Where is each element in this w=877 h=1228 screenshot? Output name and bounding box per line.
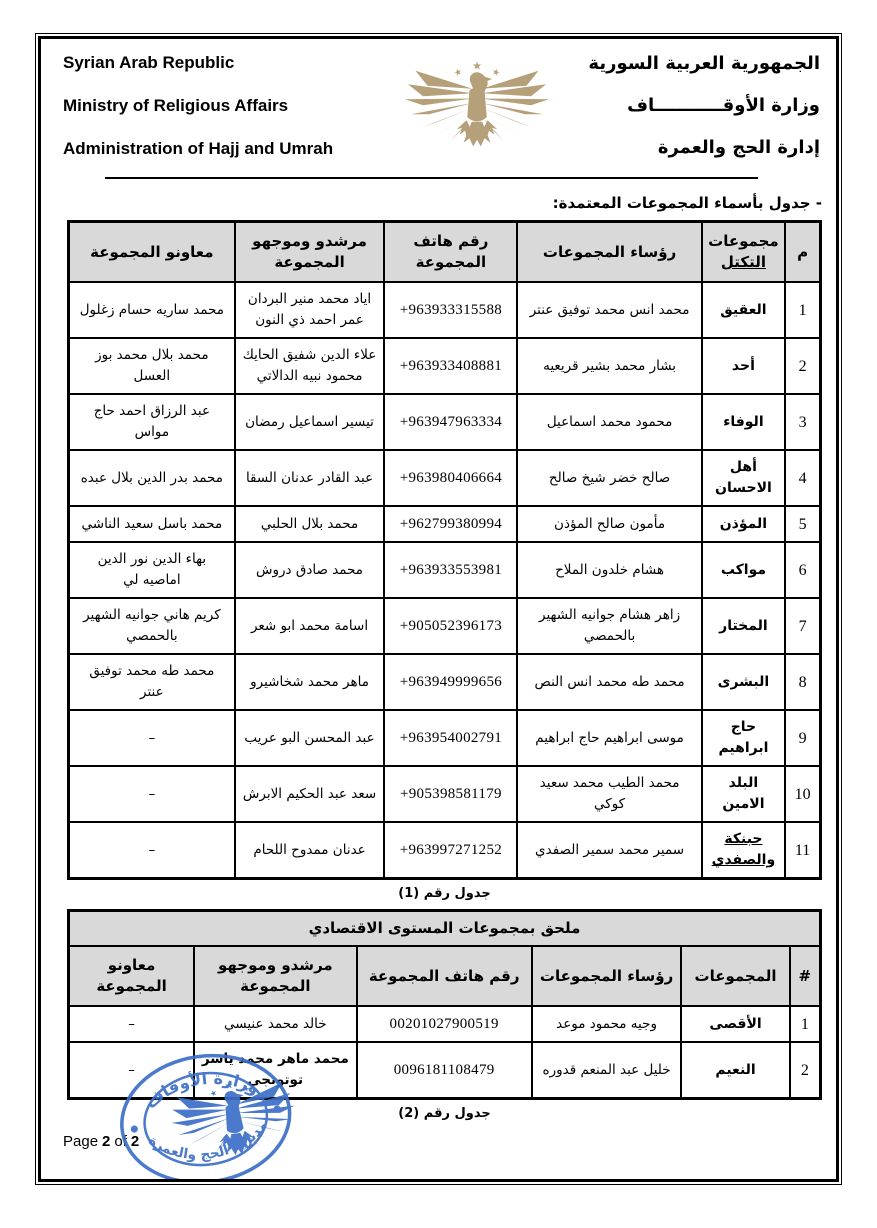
row-number: 7 — [785, 598, 820, 654]
page-border: Syrian Arab Republic Ministry of Religio… — [35, 33, 842, 1185]
letterhead-ar-line2: وزارة الأوقـــــــــــاف — [570, 95, 820, 116]
group-phone: +963933408881 — [384, 338, 517, 394]
group-guides: محمد صادق دروش — [235, 542, 385, 598]
document-page: Syrian Arab Republic Ministry of Religio… — [38, 36, 839, 1182]
group-name: أحد — [702, 338, 785, 394]
group-leader: موسى ابراهيم حاج ابراهيم — [517, 710, 701, 766]
row-number: 11 — [785, 822, 820, 879]
group-row: 11 حبنكة والصفدي سمير محمد سمير الصفدي +… — [69, 822, 821, 879]
group-leader: محمود محمد اسماعيل — [517, 394, 701, 450]
col-header-phone: رقم هاتف المجموعة — [357, 946, 532, 1006]
group-leader: بشار محمد بشير قريعيه — [517, 338, 701, 394]
row-number: 2 — [790, 1042, 821, 1099]
group-name: البلد الامين — [702, 766, 785, 822]
group-name: النعيم — [681, 1042, 789, 1099]
golden-eagle-emblem-icon — [402, 55, 552, 173]
group-leader: محمد طه محمد انس النص — [517, 654, 701, 710]
letterhead-ar-line1: الجمهورية العربية السورية — [570, 53, 820, 74]
row-number: 3 — [785, 394, 820, 450]
group-leader: مأمون صالح المؤذن — [517, 506, 701, 542]
group-assistants: محمد باسل سعيد الناشي — [69, 506, 235, 542]
col-header-guides: مرشدو وموجهو المجموعة — [235, 222, 385, 283]
group-assistants: محمد بدر الدين بلال عبده — [69, 450, 235, 506]
letterhead-arabic: الجمهورية العربية السورية وزارة الأوقـــ… — [570, 53, 820, 179]
ministry-stamp: وزارة الأوقاف مديرية الحج والعمرة — [108, 1039, 304, 1182]
group-row: 6 مواكب هشام خلدون الملاح +963933553981 … — [69, 542, 821, 598]
group-guides: ماهر محمد شخاشيرو — [235, 654, 385, 710]
group-assistants: محمد ساريه حسام زغلول — [69, 282, 235, 338]
group-assistants: محمد بلال محمد بوز العسل — [69, 338, 235, 394]
group-name: حاج ابراهيم — [702, 710, 785, 766]
col-header-group: مجموعات التكتل — [702, 222, 785, 283]
group-row: 5 المؤذن مأمون صالح المؤذن +962799380994… — [69, 506, 821, 542]
row-number: 8 — [785, 654, 820, 710]
group-assistants: – — [69, 1006, 195, 1042]
group-assistants: بهاء الدين نور الدين اماصيه لي — [69, 542, 235, 598]
group-row: 2 أحد بشار محمد بشير قريعيه +96393340888… — [69, 338, 821, 394]
table2-title: ملحق بمجموعات المستوى الاقتصادي — [69, 911, 821, 947]
group-row: 4 أهل الاحسان صالح خضر شيخ صالح +9639804… — [69, 450, 821, 506]
row-number: 1 — [785, 282, 820, 338]
letterhead-en-line1: Syrian Arab Republic — [63, 53, 383, 73]
group-row: 1 الأقصى وجيه محمود موعد 00201027900519 … — [69, 1006, 821, 1042]
row-number: 2 — [785, 338, 820, 394]
group-assistants: – — [69, 710, 235, 766]
col-header-assistants: معاونو المجموعة — [69, 946, 195, 1006]
group-phone: 0096181108479 — [357, 1042, 532, 1099]
table2-header-row: # المجموعات رؤساء المجموعات رقم هاتف الم… — [69, 946, 821, 1006]
intro-line: - جدول بأسماء المجموعات المعتمدة: — [67, 194, 822, 212]
row-number: 9 — [785, 710, 820, 766]
group-name: حبنكة والصفدي — [702, 822, 785, 879]
table1-body: 1 العقيق محمد انس محمد توفيق عنتر +96393… — [69, 282, 821, 879]
group-phone: +963933553981 — [384, 542, 517, 598]
group-name: المؤذن — [702, 506, 785, 542]
letterhead-english: Syrian Arab Republic Ministry of Religio… — [63, 53, 383, 182]
group-guides: تيسير اسماعيل رمضان — [235, 394, 385, 450]
row-number: 10 — [785, 766, 820, 822]
group-leader: صالح خضر شيخ صالح — [517, 450, 701, 506]
group-name: الأقصى — [681, 1006, 789, 1042]
group-leader: محمد الطيب محمد سعيد كوكي — [517, 766, 701, 822]
letterhead: Syrian Arab Republic Ministry of Religio… — [41, 39, 836, 175]
row-number: 5 — [785, 506, 820, 542]
group-phone: +963980406664 — [384, 450, 517, 506]
group-name: الوفاء — [702, 394, 785, 450]
svg-text:مديرية الحج والعمرة: مديرية الحج والعمرة — [144, 1116, 275, 1171]
group-phone: 00201027900519 — [357, 1006, 532, 1042]
group-row: 1 العقيق محمد انس محمد توفيق عنتر +96393… — [69, 282, 821, 338]
stamp-bottom-text: مديرية الحج والعمرة — [144, 1116, 275, 1171]
group-guides: عدنان ممدوح اللحام — [235, 822, 385, 879]
group-name: أهل الاحسان — [702, 450, 785, 506]
group-assistants: عبد الرزاق احمد حاج مواس — [69, 394, 235, 450]
group-row: 9 حاج ابراهيم موسى ابراهيم حاج ابراهيم +… — [69, 710, 821, 766]
group-guides: علاء الدين شفيق الحايك محمود نبيه الدالا… — [235, 338, 385, 394]
letterhead-en-line3: Administration of Hajj and Umrah — [63, 139, 383, 159]
group-leader: خليل عبد المنعم قدوره — [532, 1042, 682, 1099]
group-row: 8 البشرى محمد طه محمد انس النص +96394999… — [69, 654, 821, 710]
col-header-leaders: رؤساء المجموعات — [517, 222, 701, 283]
group-row: 7 المختار زاهر هشام جوانيه الشهير بالحمص… — [69, 598, 821, 654]
group-phone: +905052396173 — [384, 598, 517, 654]
group-assistants: – — [69, 766, 235, 822]
group-phone: +962799380994 — [384, 506, 517, 542]
group-phone: +963997271252 — [384, 822, 517, 879]
group-leader: هشام خلدون الملاح — [517, 542, 701, 598]
group-assistants: – — [69, 822, 235, 879]
col-header-phone: رقم هاتف المجموعة — [384, 222, 517, 283]
table2-title-row: ملحق بمجموعات المستوى الاقتصادي — [69, 911, 821, 947]
group-name: مواكب — [702, 542, 785, 598]
row-number: 6 — [785, 542, 820, 598]
group-phone: +963949999656 — [384, 654, 517, 710]
group-phone: +963933315588 — [384, 282, 517, 338]
letterhead-en-line2: Ministry of Religious Affairs — [63, 96, 383, 116]
group-leader: محمد انس محمد توفيق عنتر — [517, 282, 701, 338]
group-leader: زاهر هشام جوانيه الشهير بالحمصي — [517, 598, 701, 654]
col-header-guides: مرشدو وموجهو المجموعة — [194, 946, 356, 1006]
group-leader: سمير محمد سمير الصفدي — [517, 822, 701, 879]
group-guides: سعد عبد الحكيم الابرش — [235, 766, 385, 822]
group-guides: اسامة محمد ابو شعر — [235, 598, 385, 654]
group-name: العقيق — [702, 282, 785, 338]
col-header-number: م — [785, 222, 820, 283]
group-phone: +963954002791 — [384, 710, 517, 766]
table1-header-row: م مجموعات التكتل رؤساء المجموعات رقم هات… — [69, 222, 821, 283]
group-guides: عبد القادر عدنان السقا — [235, 450, 385, 506]
group-row: 10 البلد الامين محمد الطيب محمد سعيد كوك… — [69, 766, 821, 822]
group-assistants: كريم هاني جوانيه الشهير بالحمصي — [69, 598, 235, 654]
approved-groups-table: م مجموعات التكتل رؤساء المجموعات رقم هات… — [67, 220, 822, 880]
row-number: 4 — [785, 450, 820, 506]
col-header-leaders: رؤساء المجموعات — [532, 946, 682, 1006]
group-phone: +963947963334 — [384, 394, 517, 450]
group-name: البشرى — [702, 654, 785, 710]
group-guides: عبد المحسن البو عريب — [235, 710, 385, 766]
group-leader: وجيه محمود موعد — [532, 1006, 682, 1042]
group-assistants: محمد طه محمد توفيق عنتر — [69, 654, 235, 710]
group-guides: خالد محمد عنيسي — [194, 1006, 356, 1042]
col-header-groups: المجموعات — [681, 946, 789, 1006]
group-row: 3 الوفاء محمود محمد اسماعيل +96394796333… — [69, 394, 821, 450]
col-header-number: # — [790, 946, 821, 1006]
group-phone: +905398581179 — [384, 766, 517, 822]
table1-caption: جدول رقم (1) — [67, 886, 822, 901]
group-guides: محمد بلال الحلبي — [235, 506, 385, 542]
col-header-assistants: معاونو المجموعة — [69, 222, 235, 283]
group-name: المختار — [702, 598, 785, 654]
row-number: 1 — [790, 1006, 821, 1042]
group-guides: اياد محمد منير البردان عمر احمد ذي النون — [235, 282, 385, 338]
letterhead-ar-line3: إدارة الحج والعمرة — [570, 137, 820, 158]
